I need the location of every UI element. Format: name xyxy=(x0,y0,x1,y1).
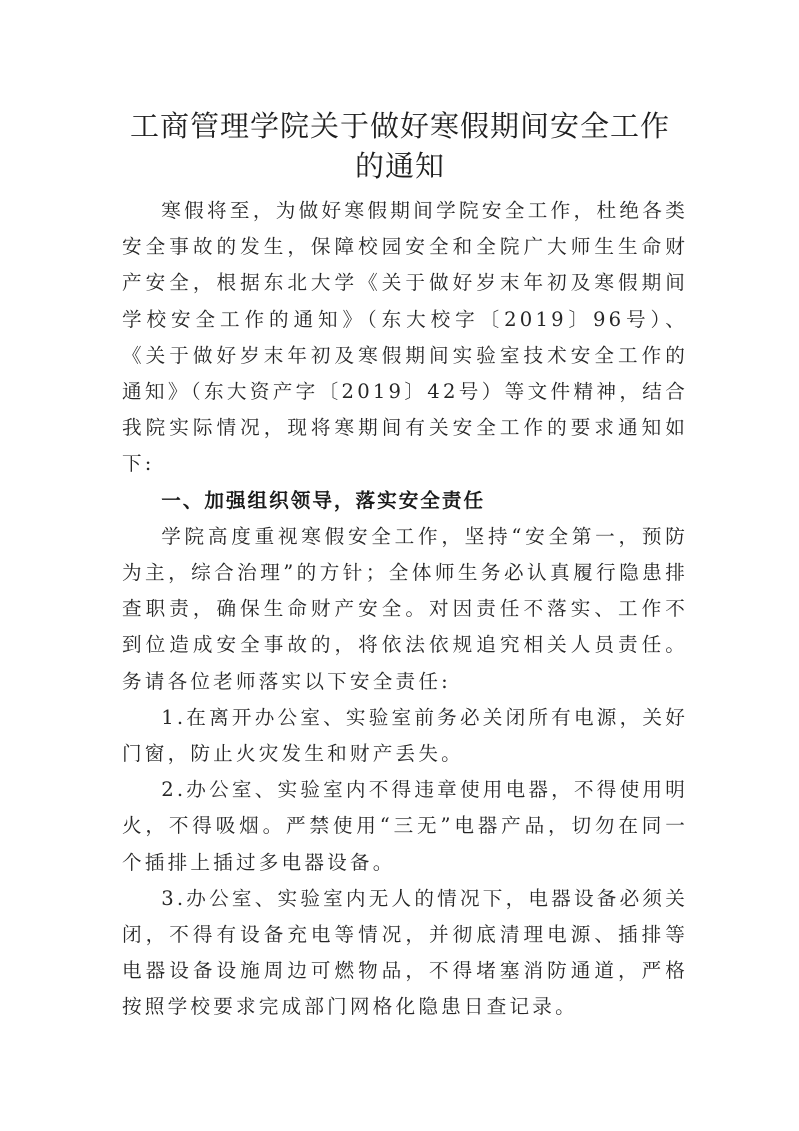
document-body: 寒假将至，为做好寒假期间学院安全工作，杜绝各类安全事故的发生，保障校园安全和全院… xyxy=(122,193,688,1026)
list-item: 2.办公室、实验室内不得违章使用电器，不得使用明火，不得吸烟。严禁使用“三无”电… xyxy=(122,772,688,881)
list-item: 1.在离开办公室、实验室前务必关闭所有电源，关好门窗，防止火灾发生和财产丢失。 xyxy=(122,700,688,772)
section-heading: 一、加强组织领导，落实安全责任 xyxy=(122,483,688,519)
list-item: 3.办公室、实验室内无人的情况下，电器设备必须关闭，不得有设备充电等情况，并彻底… xyxy=(122,881,688,1026)
section-paragraph: 学院高度重视寒假安全工作，坚持“安全第一，预防为主，综合治理”的方针；全体师生务… xyxy=(122,519,688,700)
document-page: 工商管理学院关于做好寒假期间安全工作 的通知 寒假将至，为做好寒假期间学院安全工… xyxy=(0,0,799,1131)
document-title-line-2: 的通知 xyxy=(100,148,700,184)
intro-paragraph: 寒假将至，为做好寒假期间学院安全工作，杜绝各类安全事故的发生，保障校园安全和全院… xyxy=(122,193,688,483)
document-title-line-1: 工商管理学院关于做好寒假期间安全工作 xyxy=(100,108,700,144)
